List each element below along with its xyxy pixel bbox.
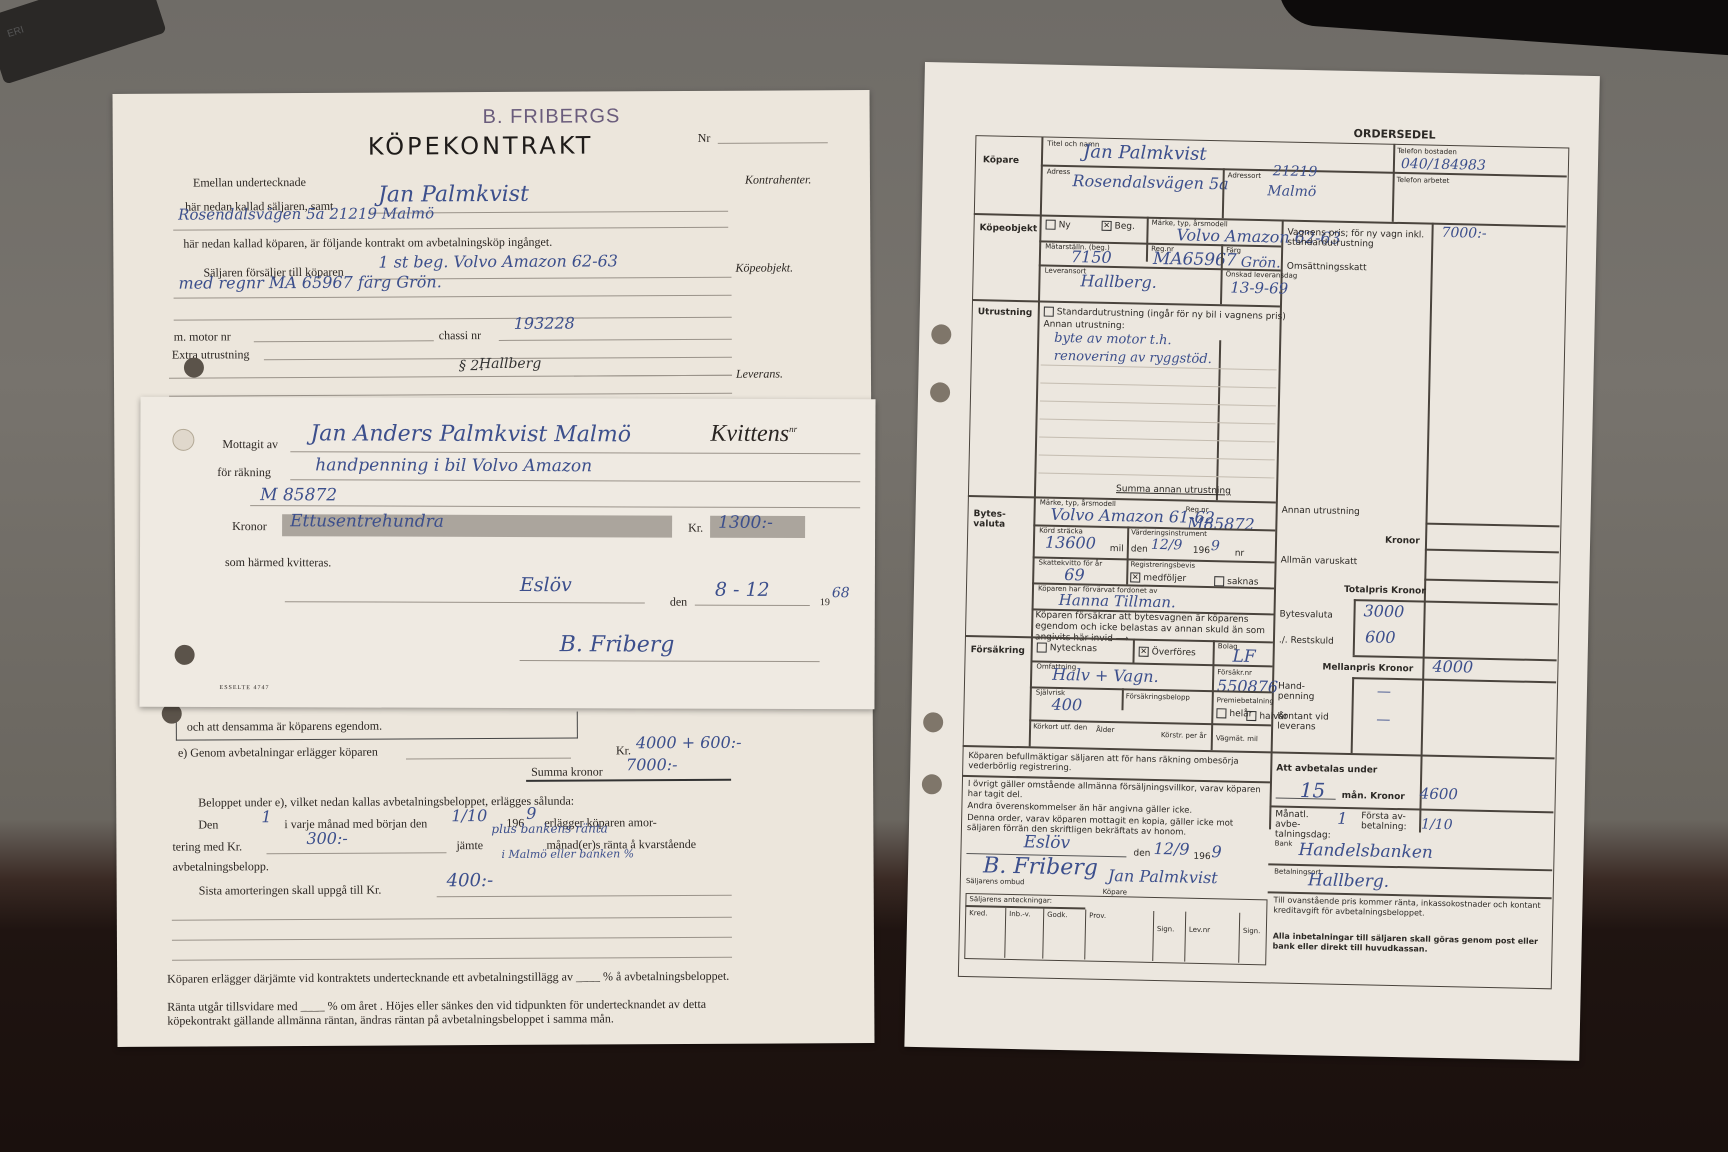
bytesvaluta-section: Bytes-valuta	[973, 509, 1013, 530]
vard-den-label: den	[1131, 544, 1148, 554]
ny-label: Ny	[1059, 220, 1071, 230]
overfores-checkbox[interactable]: ✕Överföres	[1139, 647, 1196, 659]
man-kronor-label: mån. Kronor	[1342, 791, 1405, 802]
black-object	[1276, 0, 1728, 56]
annan-line-1: byte av motor t.h.	[1054, 331, 1172, 348]
korstr-label: Körstr. per år	[1161, 731, 1207, 740]
buyer-name: Jan Palmkvist	[1083, 141, 1207, 165]
kronor-label: Kronor	[232, 519, 267, 534]
order-title: ORDERSEDEL	[1353, 127, 1435, 142]
notes-column-header: Sign.	[1243, 927, 1261, 935]
punch-hole	[930, 382, 950, 402]
forsakr-nr: 550876	[1217, 676, 1278, 696]
receipt-title-sup: nr	[789, 424, 797, 434]
utrustning-section: Utrustning	[978, 307, 1033, 318]
allman-varuskatt-label: Allmän varuskatt	[1281, 556, 1358, 568]
kontant-value: —	[1376, 712, 1390, 728]
reg-value: M 85872	[260, 485, 337, 505]
beg-checkbox[interactable]: ✕Beg.	[1101, 221, 1135, 232]
omsattningsskatt-label: Omsättningsskatt	[1287, 262, 1367, 274]
vard-date: 12/9	[1151, 537, 1183, 554]
overfores-label: Överföres	[1152, 647, 1196, 658]
start-value: 1/10	[451, 806, 487, 825]
punch-hole	[172, 429, 194, 451]
handpenning-value: —	[1377, 684, 1391, 700]
annan-label: Annan utrustning:	[1043, 320, 1124, 332]
harmed-text: som härmed kvitteras.	[225, 555, 331, 570]
mil-label: mil	[1110, 544, 1124, 554]
notes-column-header: Godk.	[1047, 911, 1068, 919]
motor-label: m. motor nr	[174, 329, 231, 344]
e-value: 4000 + 600:-	[636, 733, 742, 753]
footer-ranta: Ränta utgår tillsvidare med ____ % om år…	[167, 997, 737, 1028]
buyer-signature: Jan Palmkvist	[1108, 866, 1218, 887]
jamte-label: jämte	[456, 838, 483, 853]
forsakring-section: Försäkring	[971, 645, 1025, 656]
tering-label: tering med Kr.	[172, 839, 242, 854]
punch-hole	[931, 324, 951, 344]
leveransort: Hallberg.	[1080, 271, 1157, 292]
laptop-corner: ERI	[0, 0, 167, 85]
kontant-label: Kontant vid leverans	[1277, 712, 1347, 733]
mellanpris-value: 4000	[1432, 657, 1473, 677]
order-date: 12/9	[1153, 839, 1189, 859]
vagnens-pris-label: Vagnens pris; för ny vagn inkl. standard…	[1287, 228, 1427, 251]
mottagit-value: Jan Anders Palmkvist Malmö	[310, 421, 631, 447]
vard-year: 9	[1211, 538, 1220, 554]
avbetalningsbelopp-label: avbetalningsbelopp.	[173, 859, 269, 875]
e-label: e) Genom avbetalningar erlägger köparen	[178, 745, 378, 761]
manatl-value: 1	[1337, 809, 1348, 828]
nytecknas-checkbox[interactable]: Nytecknas	[1037, 642, 1097, 654]
seller-notes-title: Säljarens anteckningar:	[969, 895, 1052, 905]
vagmat-label: Vägmät. mil	[1216, 734, 1258, 743]
notes-column-header: Lev.nr	[1189, 926, 1210, 934]
nr-label: Nr	[698, 131, 711, 146]
receipt-slip: Kvittensnr Mottagit av Jan Anders Palmkv…	[139, 397, 875, 710]
korkort-label: Körkort utf. den	[1033, 722, 1087, 731]
leverans-value: Hallberg	[479, 356, 542, 372]
punch-hole	[175, 645, 195, 665]
sista-label: Sista amorteringen skall uppgå till Kr.	[199, 883, 382, 899]
ownership-box: och att densamma är köparens egendom.	[176, 712, 578, 741]
kr-value: 1300:-	[718, 513, 773, 533]
att-avbetalas-label: Att avbetalas under	[1276, 764, 1377, 776]
adressort-label: Adressort	[1228, 171, 1262, 180]
order-year: 9	[1211, 842, 1222, 861]
matar-value: 7150	[1071, 247, 1112, 267]
den-value: 1	[261, 807, 271, 826]
medfoljer-checkbox[interactable]: ✕medföljer	[1130, 572, 1186, 584]
order-place: Eslöv	[1023, 832, 1070, 853]
receipt-year: 68	[832, 585, 850, 601]
receipt-date: 8 - 12	[715, 579, 770, 601]
bank-label: Bank	[1275, 839, 1293, 847]
vagnens-pris: 7000:-	[1441, 225, 1486, 242]
mottagit-label: Mottagit av	[222, 437, 278, 452]
vard-nr-label: nr	[1235, 549, 1245, 559]
punch-hole	[922, 774, 942, 794]
seller-sign-label: Säljarens ombud	[966, 877, 1025, 886]
den-label: Den	[198, 817, 218, 832]
kopare-section: Köpare	[983, 155, 1019, 166]
mellanpris-label: Mellanpris Kronor	[1322, 662, 1413, 674]
year-value: 9	[526, 804, 536, 823]
kopeobjekt-section: Köpeobjekt	[979, 223, 1037, 234]
summa-label: Summa kronor	[531, 764, 603, 779]
contract-title: KÖPEKONTRAKT	[368, 131, 594, 160]
note-handwritten: i Malmö eller banken %	[501, 847, 634, 861]
buyer-address: Rosendalsvägen 5a	[1072, 171, 1229, 193]
buyer-city: Malmö	[1267, 183, 1316, 200]
beg-label: Beg.	[1114, 222, 1135, 232]
chassi-label: chassi nr	[439, 328, 481, 343]
sista-value: 400:-	[447, 870, 494, 891]
receipt-title-text: Kvittens	[710, 421, 789, 447]
extra-label: Extra utrustning	[172, 347, 250, 362]
punch-hole	[184, 358, 204, 378]
order-year-prefix: 196	[1193, 852, 1210, 862]
bank-value: Handelsbanken	[1298, 840, 1433, 863]
rakning-value: handpenning i bil Volvo Amazon	[315, 455, 592, 476]
betalningsort-value: Hallberg.	[1308, 870, 1390, 892]
kord-value: 13600	[1045, 533, 1096, 553]
receipt-year-prefix: 19	[820, 597, 830, 608]
seller-signature: B. Friberg	[983, 853, 1098, 880]
seller-notes-columns: Kred.Inb.-v.Godk.Prov.Sign.Lev.nrSign.	[925, 62, 1600, 76]
kopeobjekt-label: Köpeobjekt.	[735, 260, 793, 275]
seller-address: Rosendalsvägen 5a 21219 Malmö	[178, 204, 434, 223]
printer-mark: ESSELTE 4747	[220, 685, 270, 691]
rakning-label: för räkning	[217, 465, 271, 480]
kronor-label: Kronor	[1385, 536, 1420, 547]
punch-hole	[923, 712, 943, 732]
skatt-value: 69	[1064, 565, 1085, 584]
beloppet-text: Beloppet under e), vilket nedan kallas a…	[198, 794, 574, 811]
receipt-signature: B. Friberg	[560, 632, 675, 657]
restskuld-label: ./. Restskuld	[1279, 636, 1334, 647]
farg-label: Färg	[1226, 246, 1241, 254]
regbevis-label: Registreringsbevis	[1130, 560, 1195, 569]
kronor-words: Ettusentrehundra	[290, 511, 444, 532]
notes-column-header: Sign.	[1157, 925, 1175, 933]
adress-label: Adress	[1047, 168, 1071, 176]
koparen-label: här nedan kallad köparen, är följande ko…	[183, 235, 552, 252]
handpenning-label: Hand-penning	[1278, 682, 1338, 703]
forsta-label: Första av-betalning:	[1361, 811, 1421, 832]
object-line-1: 1 st beg. Volvo Amazon 62-63	[378, 251, 618, 271]
dealer-stamp: B. FRIBERGS	[483, 105, 621, 129]
vard-year-prefix: 196	[1193, 546, 1210, 556]
nytecknas-label: Nytecknas	[1050, 643, 1097, 654]
kontrahenter-label: Kontrahenter.	[745, 172, 811, 187]
emellan-label: Emellan undertecknade	[193, 175, 306, 191]
notes-column-header: Kred.	[969, 909, 987, 917]
summa-value: 7000:-	[626, 755, 678, 774]
medfoljer-label: medföljer	[1143, 573, 1186, 584]
receipt-title: Kvittensnr	[710, 421, 797, 448]
ny-checkbox[interactable]: Ny	[1046, 220, 1071, 231]
kr-label: Kr.	[688, 521, 703, 536]
chassi-value: 193228	[514, 314, 575, 333]
ownership-text: och att densamma är köparens egendom.	[187, 719, 382, 735]
jamte-value: plus bankens ränta	[491, 821, 608, 836]
forsta-value: 1/10	[1421, 817, 1453, 834]
sjalvrisk-value: 400	[1051, 695, 1082, 715]
order-den-label: den	[1133, 849, 1150, 859]
bytesvaluta-price-label: Bytesvaluta	[1279, 610, 1333, 621]
order-form: ORDERSEDEL Köpare Titel och namn Jan Pal…	[904, 62, 1599, 1061]
receipt-place: Eslöv	[520, 574, 572, 596]
den-label: den	[670, 595, 687, 610]
object-line-2: med regnr MA 65967 färg Grön.	[178, 272, 441, 292]
tering-value: 300:-	[306, 829, 347, 848]
notes-column-header: Inb.-v.	[1009, 910, 1031, 918]
tel-bostad-label: Telefon bostaden	[1397, 147, 1457, 156]
tel-arbete-label: Telefon arbetet	[1397, 176, 1450, 185]
leverans-label: Leverans.	[736, 366, 783, 381]
bytesvaluta-price: 3000	[1363, 601, 1404, 621]
belopp-label: Försäkringsbelopp	[1126, 692, 1190, 701]
omfattning-value: Halv + Vagn.	[1052, 665, 1159, 686]
leveransdag: 13-9-69	[1230, 278, 1288, 297]
annan-utrustning-price-label: Annan utrustning	[1282, 506, 1360, 518]
notes-column-header: Prov.	[1089, 912, 1106, 920]
laptop-label: ERI	[6, 24, 25, 40]
manatl-label: Månatl. avbe-talningsdag:	[1275, 810, 1336, 841]
alder-label: Ålder	[1096, 726, 1115, 734]
premie-label: Premiebetalning	[1217, 696, 1274, 705]
restskuld-value: 600	[1365, 627, 1396, 647]
avbetalas-kronor: 4600	[1420, 785, 1459, 804]
totalpris-label: Totalpris Kronor	[1344, 585, 1426, 597]
footer-avbetalningstillagg: Köparen erlägger därjämte vid kontraktet…	[167, 969, 737, 986]
buyer-zip: 21219	[1273, 163, 1318, 180]
tel-bostad: 040/184983	[1401, 156, 1486, 174]
